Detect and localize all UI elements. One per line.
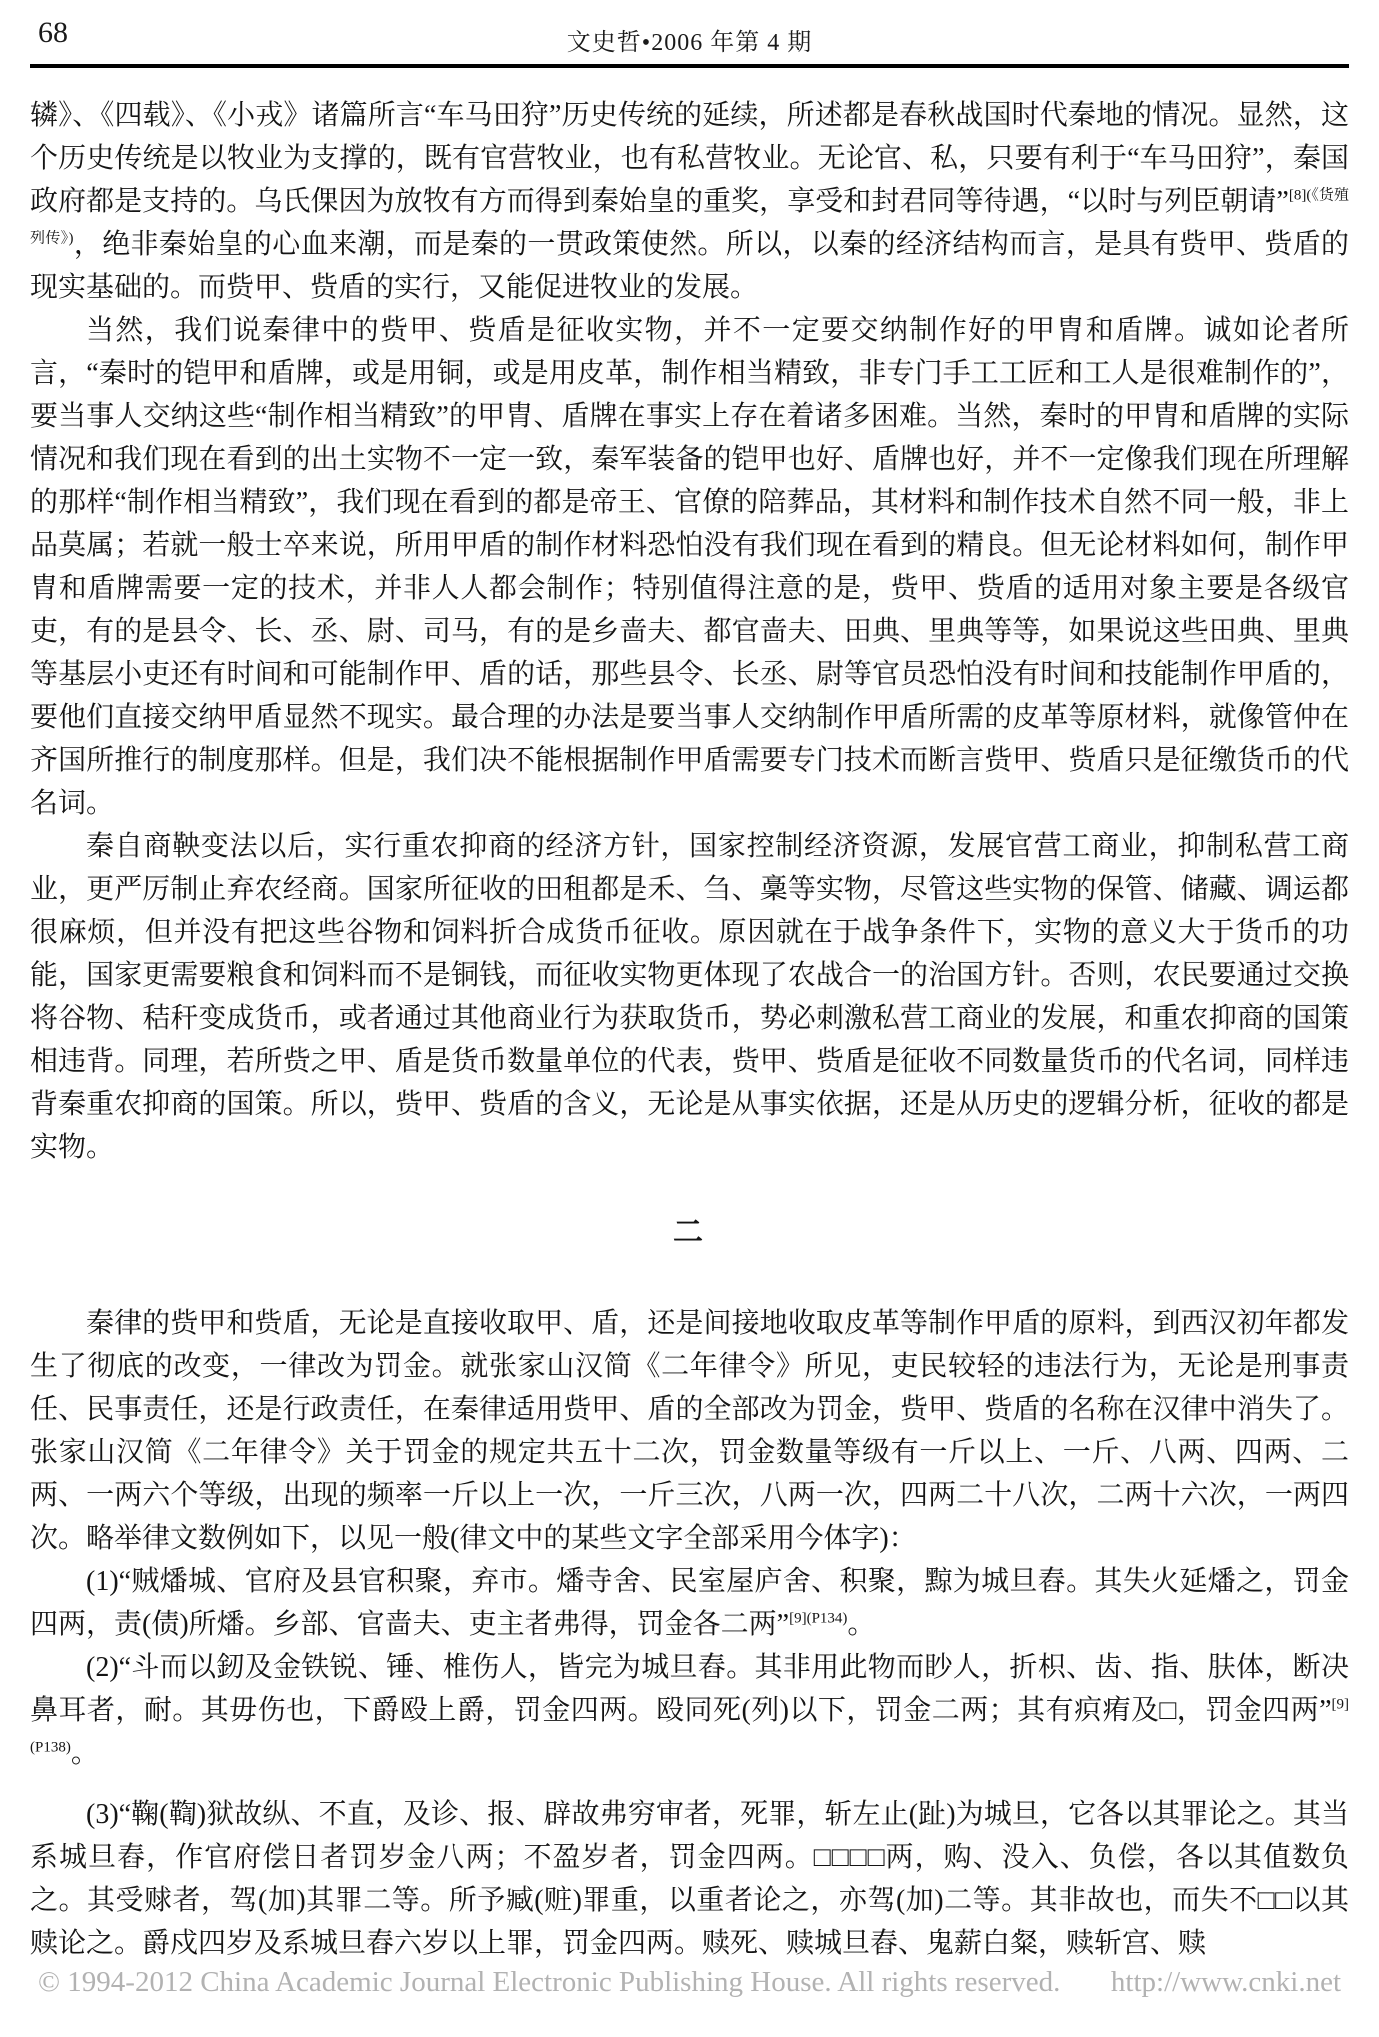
copyright-text: © 1994-2012 China Academic Journal Elect…: [38, 1966, 1060, 1999]
paragraph-1-text: 辚》、《四载》、《小戎》诸篇所言“车马田狩”历史传统的延续，所述都是春秋战国时代…: [30, 100, 1349, 217]
journal-page: 68 文史哲•2006 年第 4 期 辚》、《四载》、《小戎》诸篇所言“车马田狩…: [0, 0, 1379, 2037]
article-body: 辚》、《四载》、《小戎》诸篇所言“车马田狩”历史传统的延续，所述都是春秋战国时代…: [30, 94, 1349, 1965]
law-quote-1: (1)“贼燔城、官府及县官积聚，弃市。燔寺舍、民室屋庐舍、积聚，黥为城旦舂。其失…: [30, 1560, 1349, 1646]
page-header: 68 文史哲•2006 年第 4 期: [0, 0, 1379, 58]
section-heading: 二: [30, 1211, 1349, 1254]
law-quote-2-text: (2)“斗而以釰及金铁锐、锤、椎伤人，皆完为城旦舂。其非用此物而眇人，折枳、齿、…: [30, 1652, 1349, 1726]
paragraph-1: 辚》、《四载》、《小戎》诸篇所言“车马田狩”历史传统的延续，所述都是春秋战国时代…: [30, 94, 1349, 309]
header-divider: [30, 64, 1349, 68]
journal-title: 文史哲•2006 年第 4 期: [567, 22, 812, 57]
law-quote-1-tail: 。: [847, 1609, 875, 1640]
paragraph-3: 秦自商鞅变法以后，实行重农抑商的经济方针，国家控制经济资源，发展官营工商业，抑制…: [30, 825, 1349, 1169]
page-number: 68: [38, 16, 68, 49]
watermark-url: http://www.cnki.net: [1111, 1966, 1341, 1999]
copyright-watermark: © 1994-2012 China Academic Journal Elect…: [38, 1966, 1341, 1999]
law-quote-2-tail: 。: [71, 1738, 99, 1769]
law-quote-1-text: (1)“贼燔城、官府及县官积聚，弃市。燔寺舍、民室屋庐舍、积聚，黥为城旦舂。其失…: [30, 1566, 1349, 1640]
paragraph-1-text-cont: ，绝非秦始皇的心血来潮，而是秦的一贯政策使然。所以，以秦的经济结构而言，是具有赀…: [30, 229, 1349, 303]
law-quote-3: (3)“鞠(鞫)狱故纵、不直，及诊、报、辟故弗穷审者，死罪，斩左止(趾)为城旦，…: [30, 1793, 1349, 1965]
citation-ref-9-p134: [9](P134): [789, 1611, 847, 1627]
law-quote-2: (2)“斗而以釰及金铁锐、锤、椎伤人，皆完为城旦舂。其非用此物而眇人，折枳、齿、…: [30, 1646, 1349, 1775]
paragraph-2: 当然，我们说秦律中的赀甲、赀盾是征收实物，并不一定要交纳制作好的甲胄和盾牌。诚如…: [30, 309, 1349, 825]
paragraph-4: 秦律的赀甲和赀盾，无论是直接收取甲、盾，还是间接地收取皮革等制作甲盾的原料，到西…: [30, 1302, 1349, 1560]
